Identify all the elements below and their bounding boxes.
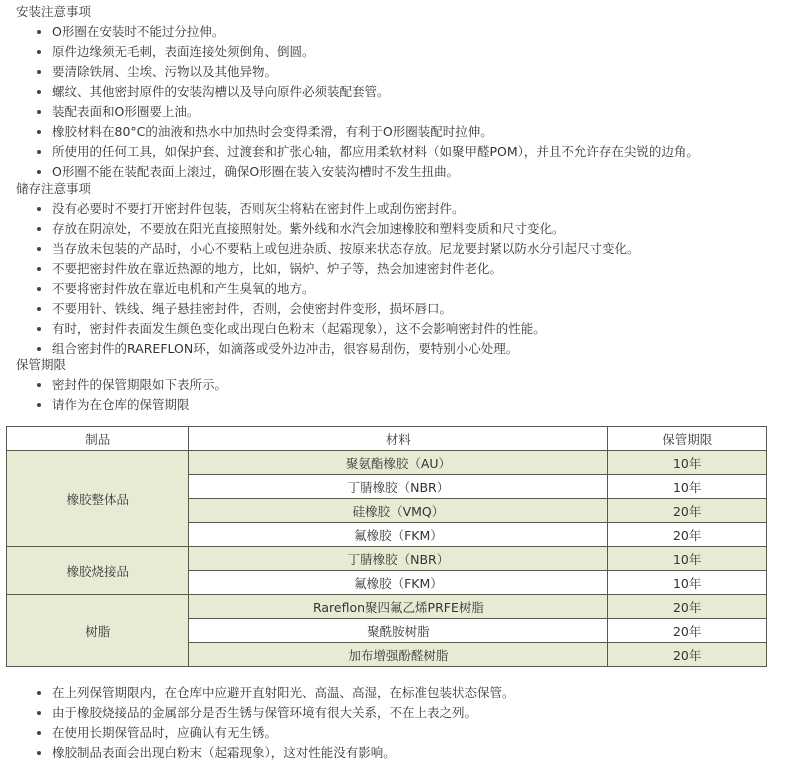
list-item: 不要把密封件放在靠近热源的地方，比如，锅炉、炉子等，热会加速密封件老化。 xyxy=(0,259,640,279)
bullet-icon xyxy=(37,70,41,74)
bullet-icon xyxy=(37,207,41,211)
list-item: 请作为在仓库的保管期限 xyxy=(0,395,227,415)
list-item: 没有必要时不要打开密封件包装，否则灰尘将粘在密封件上或刮伤密封件。 xyxy=(0,199,640,219)
bullet-icon xyxy=(37,327,41,331)
period-cell: 20年 xyxy=(608,523,767,547)
retention-table: 制品 材料 保管期限 橡胶整体品 聚氨酯橡胶（AU） 10年 丁腈橡胶（NBR）… xyxy=(6,426,767,667)
list-item: 橡胶材料在80°C的油液和热水中加热时会变得柔滑，有利于O形圈装配时拉伸。 xyxy=(0,122,699,142)
bullet-icon xyxy=(37,110,41,114)
material-cell: 氟橡胶（FKM） xyxy=(189,523,608,547)
notes-list: 在上列保管期限内，在仓库中应避开直射阳光、高温、高湿，在标准包装状态保管。 由于… xyxy=(0,683,515,763)
material-cell: 硅橡胶（VMQ） xyxy=(189,499,608,523)
material-cell: 加布增强酚醛树脂 xyxy=(189,643,608,667)
bullet-icon xyxy=(37,247,41,251)
material-cell: 聚氨酯橡胶（AU） xyxy=(189,451,608,475)
bullet-icon xyxy=(37,130,41,134)
installation-heading: 安装注意事项 xyxy=(16,2,91,22)
bullet-icon xyxy=(37,30,41,34)
period-cell: 20年 xyxy=(608,643,767,667)
list-item: 在使用长期保管品时，应确认有无生锈。 xyxy=(0,723,515,743)
bullet-icon xyxy=(37,227,41,231)
material-cell: 氟橡胶（FKM） xyxy=(189,571,608,595)
bullet-icon xyxy=(37,711,41,715)
header-period: 保管期限 xyxy=(608,427,767,451)
bullet-icon xyxy=(37,383,41,387)
period-cell: 10年 xyxy=(608,475,767,499)
retention-heading: 保管期限 xyxy=(16,355,66,375)
bullet-icon xyxy=(37,150,41,154)
bullet-icon xyxy=(37,307,41,311)
product-cell: 橡胶整体品 xyxy=(7,451,189,547)
period-cell: 20年 xyxy=(608,619,767,643)
product-cell: 树脂 xyxy=(7,595,189,667)
period-cell: 20年 xyxy=(608,595,767,619)
storage-list: 没有必要时不要打开密封件包装，否则灰尘将粘在密封件上或刮伤密封件。 存放在阴凉处… xyxy=(0,199,640,359)
list-item: 由于橡胶烧接品的金属部分是否生锈与保管环境有很大关系，不在上表之列。 xyxy=(0,703,515,723)
list-item: 不要将密封件放在靠近电机和产生臭氧的地方。 xyxy=(0,279,640,299)
period-cell: 10年 xyxy=(608,547,767,571)
list-item: 存放在阴凉处，不要放在阳光直接照射处。紫外线和水汽会加速橡胶和塑料变质和尺寸变化… xyxy=(0,219,640,239)
material-cell: 丁腈橡胶（NBR） xyxy=(189,547,608,571)
list-item: 组合密封件的RAREFLON环，如滴落或受外边冲击，很容易刮伤，要特别小心处理。 xyxy=(0,339,640,359)
list-item: 在上列保管期限内，在仓库中应避开直射阳光、高温、高湿，在标准包装状态保管。 xyxy=(0,683,515,703)
list-item: 有时，密封件表面发生颜色变化或出现白色粉末（起霜现象），这不会影响密封件的性能。 xyxy=(0,319,640,339)
list-item: 所使用的任何工具，如保护套、过渡套和扩张心轴，都应用柔软材料（如聚甲醛POM），… xyxy=(0,142,699,162)
list-item: 橡胶制品表面会出现白粉末（起霜现象），这对性能没有影响。 xyxy=(0,743,515,763)
list-item: 原件边缘须无毛刺，表面连接处须倒角、倒圆。 xyxy=(0,42,699,62)
bullet-icon xyxy=(37,170,41,174)
bullet-icon xyxy=(37,50,41,54)
list-item: O形圈在安装时不能过分拉伸。 xyxy=(0,22,699,42)
bullet-icon xyxy=(37,731,41,735)
header-material: 材料 xyxy=(189,427,608,451)
bullet-icon xyxy=(37,287,41,291)
bullet-icon xyxy=(37,347,41,351)
list-item: 密封件的保管期限如下表所示。 xyxy=(0,375,227,395)
table-header-row: 制品 材料 保管期限 xyxy=(7,427,767,451)
bullet-icon xyxy=(37,90,41,94)
bullet-icon xyxy=(37,751,41,755)
installation-list: O形圈在安装时不能过分拉伸。 原件边缘须无毛刺，表面连接处须倒角、倒圆。 要清除… xyxy=(0,22,699,182)
material-cell: Rareflon聚四氟乙烯PRFE树脂 xyxy=(189,595,608,619)
header-product: 制品 xyxy=(7,427,189,451)
material-cell: 丁腈橡胶（NBR） xyxy=(189,475,608,499)
material-cell: 聚酰胺树脂 xyxy=(189,619,608,643)
product-cell: 橡胶烧接品 xyxy=(7,547,189,595)
retention-list: 密封件的保管期限如下表所示。 请作为在仓库的保管期限 xyxy=(0,375,227,415)
list-item: 要清除铁屑、尘埃、污物以及其他异物。 xyxy=(0,62,699,82)
period-cell: 20年 xyxy=(608,499,767,523)
table-row: 橡胶整体品 聚氨酯橡胶（AU） 10年 xyxy=(7,451,767,475)
table-row: 树脂 Rareflon聚四氟乙烯PRFE树脂 20年 xyxy=(7,595,767,619)
storage-heading: 储存注意事项 xyxy=(16,179,91,199)
list-item: 螺纹、其他密封原件的安装沟槽以及导向原件必须装配套管。 xyxy=(0,82,699,102)
list-item: 当存放未包装的产品时，小心不要粘上或包进杂质、按原来状态存放。尼龙要封紧以防水分… xyxy=(0,239,640,259)
period-cell: 10年 xyxy=(608,451,767,475)
bullet-icon xyxy=(37,267,41,271)
bullet-icon xyxy=(37,691,41,695)
bullet-icon xyxy=(37,403,41,407)
table-row: 橡胶烧接品 丁腈橡胶（NBR） 10年 xyxy=(7,547,767,571)
list-item: 不要用针、铁线、绳子悬挂密封件，否则，会使密封件变形，损坏唇口。 xyxy=(0,299,640,319)
period-cell: 10年 xyxy=(608,571,767,595)
list-item: 装配表面和O形圈要上油。 xyxy=(0,102,699,122)
list-item: O形圈不能在装配表面上滚过，确保O形圈在装入安装沟槽时不发生扭曲。 xyxy=(0,162,699,182)
